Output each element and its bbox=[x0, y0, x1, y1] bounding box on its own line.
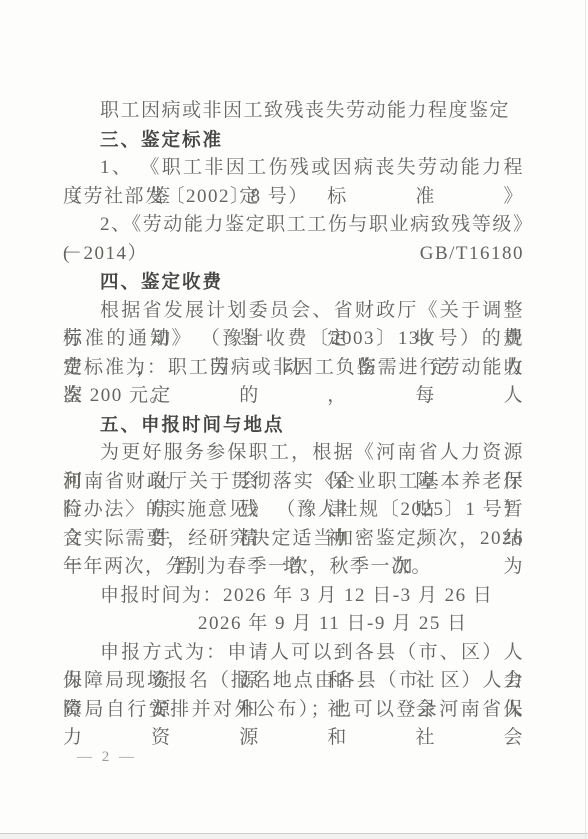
doc-line: 申报方式为：申请人可以到各县（市、区）人力资源和社会 bbox=[63, 639, 524, 668]
doc-line: 行办法〉的实施意见》 （豫人社规〔2025〕1 号）文件精神，结 bbox=[63, 496, 524, 525]
doc-line: 标准的通知》 （豫计收费〔2003〕139 号）的规定，劳动鉴定收 bbox=[63, 325, 524, 354]
section-heading: 四、鉴定收费 bbox=[63, 268, 524, 297]
scanned-document-page: 职工因病或非因工致残丧失劳动能力程度鉴定三、鉴定标准1、 《职工非因工伤残或因病… bbox=[0, 0, 588, 839]
scan-edge-right bbox=[585, 0, 586, 839]
doc-line: 河南省财政厅关于贯彻落实〈企业职工基本养老保险病残津贴暂 bbox=[63, 468, 524, 497]
doc-line: 2026 年 9 月 11 日-9 月 25 日 bbox=[63, 610, 524, 639]
page-number: — 2 — bbox=[77, 749, 137, 766]
doc-line: 职工因病或非因工致残丧失劳动能力程度鉴定 bbox=[63, 97, 524, 126]
doc-line: 保障局现场报名（报名地点由各县（市、区）人力资源和社会保 bbox=[63, 667, 524, 696]
doc-line: 合实际需要，经研究决定适当加密鉴定频次，2026 年暂增加为 bbox=[63, 525, 524, 554]
section-heading: 三、鉴定标准 bbox=[63, 126, 524, 155]
doc-line: 障局自行安排并对外公布）；也可以登录河南省人力资源和社会 bbox=[63, 696, 524, 725]
scan-strip-bottom bbox=[0, 834, 588, 839]
document-lines: 职工因病或非因工致残丧失劳动能力程度鉴定三、鉴定标准1、 《职工非因工伤残或因病… bbox=[63, 97, 524, 724]
doc-line: 1、 《职工非因工伤残或因病丧失劳动能力程度鉴定标准》 bbox=[63, 154, 524, 183]
doc-line: 为更好服务参保职工，根据《河南省人力资源和社会保障厅 bbox=[63, 439, 524, 468]
doc-line: 2、《劳动能力鉴定职工工伤与职业病致残等级》( GB/T16180 bbox=[63, 211, 524, 240]
doc-line: 申报时间为：2026 年 3 月 12 日-3 月 26 日 bbox=[63, 582, 524, 611]
section-heading: 五、申报时间与地点 bbox=[63, 411, 524, 440]
doc-line: 费标准为：职工因病或非因工负伤需进行劳动能力鉴定的，每人 bbox=[63, 354, 524, 383]
doc-line: 根据省发展计划委员会、省财政厅《关于调整劳动鉴定收费 bbox=[63, 297, 524, 326]
